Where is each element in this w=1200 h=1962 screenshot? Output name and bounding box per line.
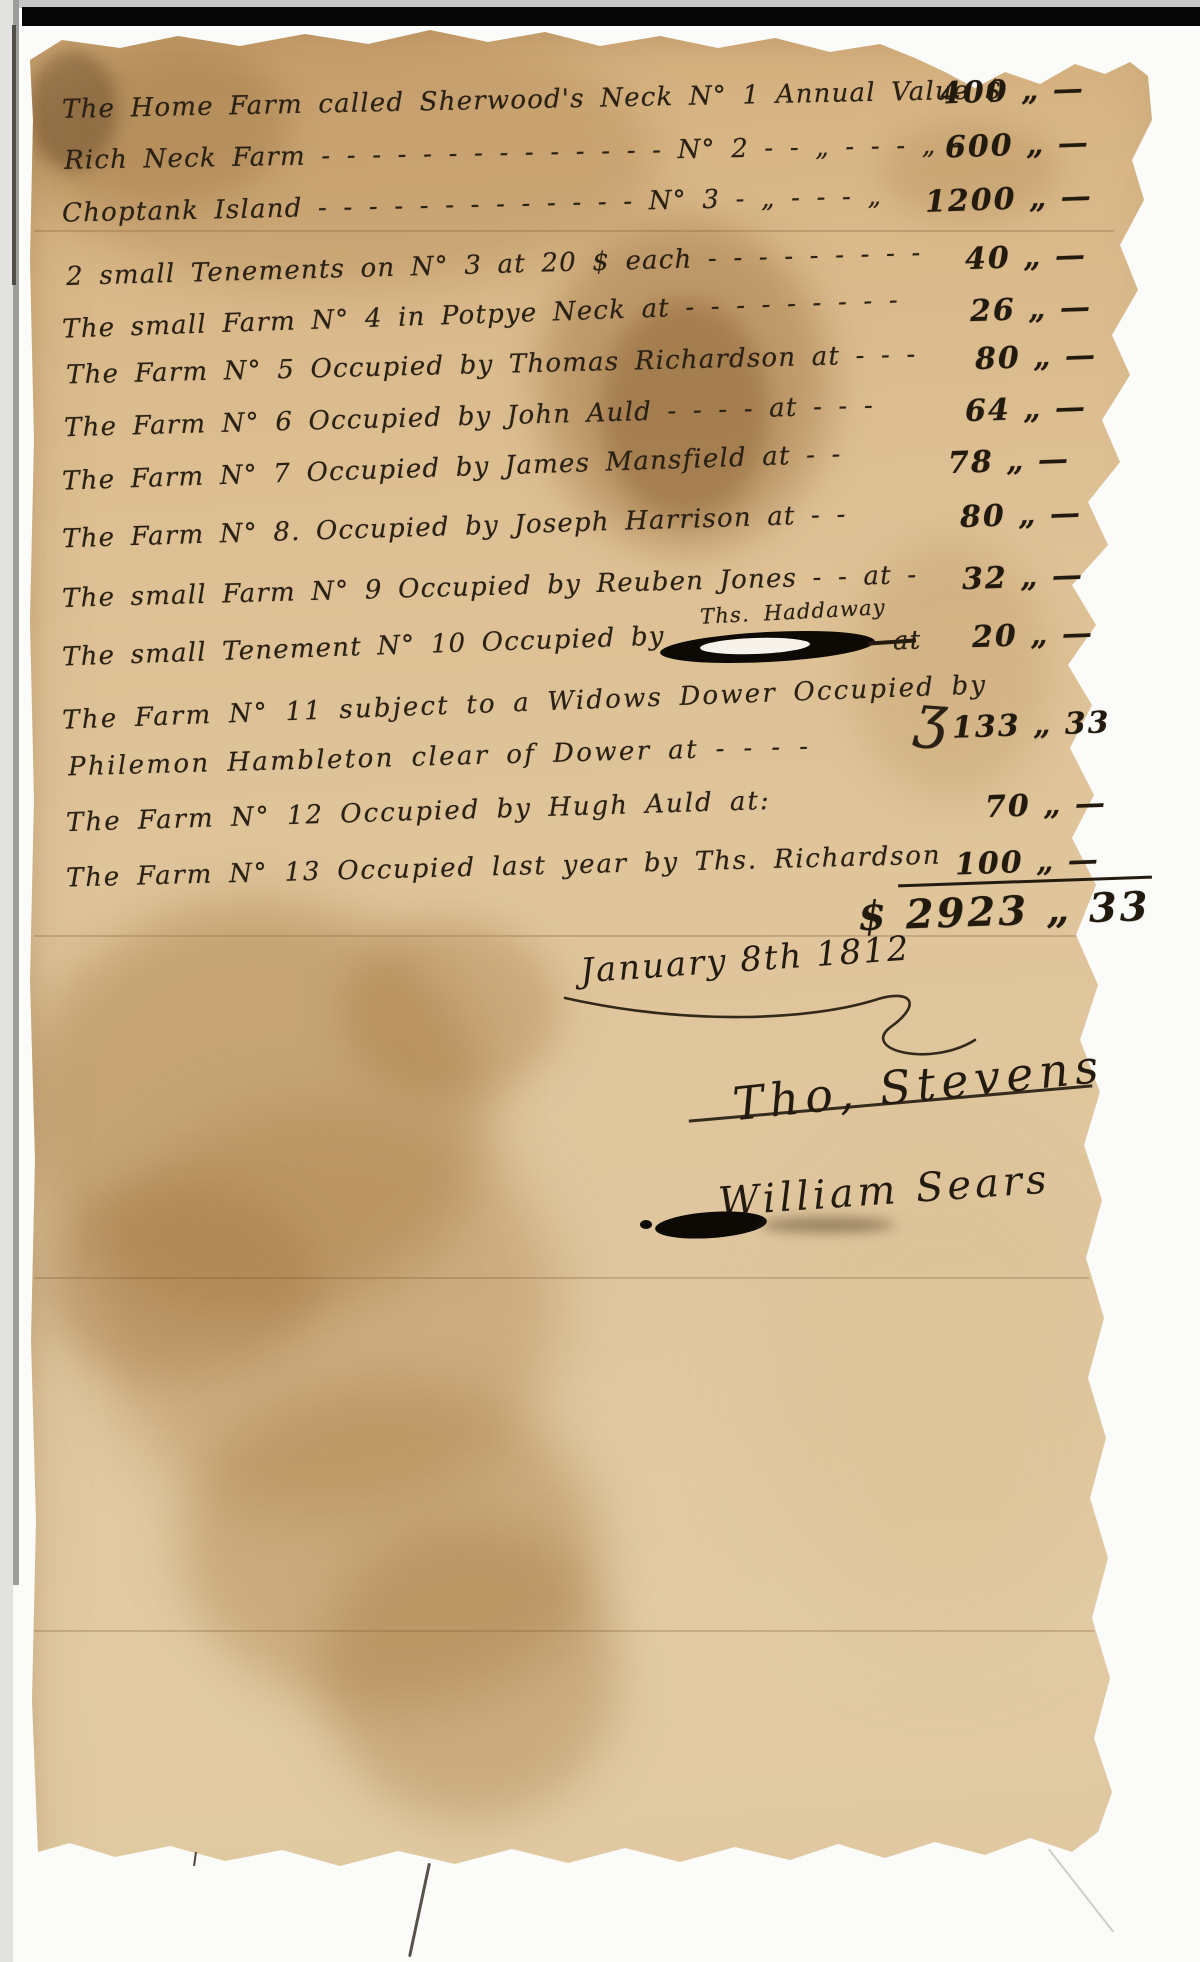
scratch-mark	[408, 1863, 431, 1958]
annual-value: 70 „ —	[984, 786, 1107, 825]
fold-crease	[34, 230, 1114, 232]
fold-crease	[34, 1630, 1094, 1632]
scanner-left-strip	[0, 0, 13, 1962]
paper-stain	[40, 1180, 320, 1380]
annual-value: 400 „ —	[939, 71, 1085, 111]
annual-value: 78 „ —	[947, 442, 1070, 481]
scanned-document-page: { "document": { "lines": [ {"label": "Th…	[0, 0, 1200, 1962]
annual-value: 32 „ —	[961, 558, 1084, 597]
annual-value: 80 „ —	[974, 338, 1097, 377]
scratch-mark	[1048, 1849, 1114, 1933]
annual-value: 64 „ —	[964, 390, 1087, 429]
scanner-left-edge-dark	[12, 25, 16, 285]
ink-speck	[640, 1220, 652, 1229]
fold-crease	[34, 1277, 1089, 1279]
scanner-top-bar	[22, 7, 1200, 26]
paper-stain	[90, 1100, 560, 1520]
paper-stain	[30, 40, 290, 210]
annual-value: 600 „ —	[944, 125, 1090, 165]
annual-value: 40 „ —	[964, 238, 1087, 277]
paper-stain	[320, 1520, 620, 1820]
paper-stain	[180, 1380, 600, 1710]
paper-stain	[20, 900, 490, 1320]
annual-value: 100 „ —	[954, 842, 1100, 882]
annual-value: 1200 „ —	[924, 179, 1093, 220]
scratch-mark	[193, 1852, 197, 1866]
brace-mark: ʒ	[913, 681, 952, 751]
annual-value: 133 „ 33	[951, 705, 1111, 746]
ink-smear	[760, 1218, 895, 1232]
paper-stain	[340, 920, 560, 1100]
annual-value: 80 „ —	[959, 496, 1082, 535]
annual-value: 26 „ —	[969, 290, 1092, 329]
annual-value: 20 „ —	[971, 616, 1094, 655]
